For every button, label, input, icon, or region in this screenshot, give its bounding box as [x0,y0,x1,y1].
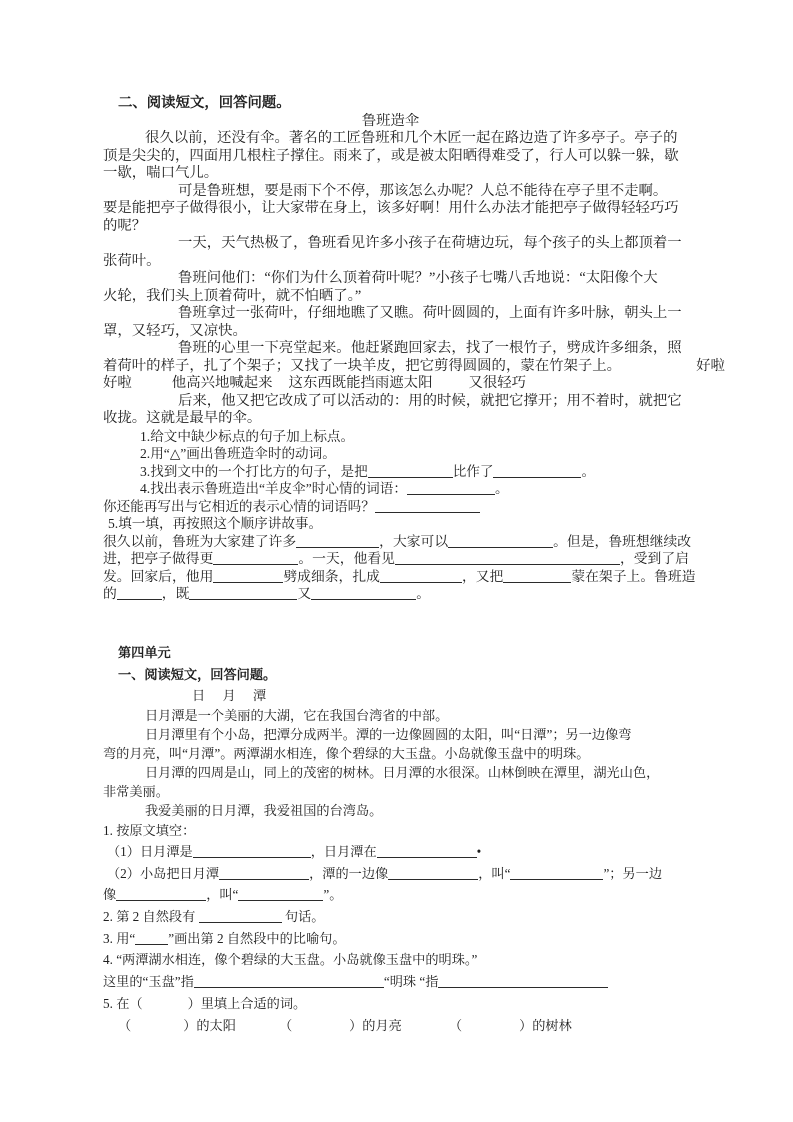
punctuation-gap [462,1029,519,1030]
answer-blank [377,845,477,858]
text-run: 鲁班问他们：“你们为什么顶着荷叶呢？”小孩子七嘴八舌地说：“太阳像个大 [178,270,658,286]
text-run: 1.给文中缺少标点的句子加上标点。 [140,429,354,444]
text-run: 张荷叶。 [103,253,161,269]
passage-line: 日月潭是一个美丽的大湖，它在我国台湾省的中部。 [103,706,703,725]
text-run: ）的树林 [519,1018,572,1033]
punctuation-gap [143,1007,188,1008]
text-run: （2）小岛把日月潭 [107,866,219,881]
text-run: 很久以前，还没有伞。著名的工匠鲁班和几个木匠一起在路边造了许多亭子。亭子的 [145,130,677,146]
text-run: 。 [581,464,595,479]
text-run: ”。 [323,887,342,902]
text-run: 又很轻巧 [468,375,526,391]
text-run: ”；另一边 [603,866,662,881]
text-run: 。一天，他看见 [298,551,395,566]
text-run: 。但是，鲁班想继续改 [553,534,691,549]
answer-blank [395,552,620,565]
passage-line: 可是鲁班想，要是雨下个不停，那该怎么办呢？人总不能待在亭子里不走啊。 [103,183,678,201]
text-run: ）的太阳 [183,1018,236,1033]
passage-line: 要是能把亭子做得很小，让大家带在身上，该多好啊！用什么办法才能把亭子做得轻轻巧巧 [103,200,678,218]
question-line: 2. 第 2 自然段有 句话。 [103,906,703,928]
answer-blank [493,464,581,477]
passage-line: 很久以前，还没有伞。著名的工匠鲁班和几个木匠一起在路边造了许多亭子。亭子的 [103,130,678,148]
passage-line: 一歇，喘口气儿。 [103,165,678,183]
section-unit4-sun-moon-lake: 第四单元一、阅读短文，回答问题。日 月 潭日月潭是一个美丽的大湖，它在我国台湾省… [103,642,703,1036]
question-line: 2.用“△”画出鲁班造伞时的动词。 [103,445,678,463]
text-run: 好啦 [103,375,132,391]
text-run: （ [449,1018,462,1033]
text-run: 鲁班的心里一下亮堂起来。他赶紧跑回家去，找了一根竹子，劈成许多细条，照 [178,340,682,356]
text-run: ，又把 [462,569,503,584]
passage-line: 的呢？ [103,218,678,236]
text-run: 弯的月亮，叫“月潭”。两潭湖水相连，像个碧绿的大玉盘。小岛就像玉盘中的明珠。 [103,746,589,761]
fill-blank-line: （1）日月潭是，日月潭在• [103,841,703,863]
punctuation-gap [402,1029,449,1030]
answer-blank [296,534,379,547]
text-run: 我爱美丽的日月潭，我爱祖国的台湾岛。 [145,803,382,818]
question-line: 5. 在（）里填上合适的词。 [103,993,703,1015]
punctuation-gap [132,386,172,387]
text-run: 可是鲁班想，要是雨下个不停，那该怎么办呢？人总不能待在亭子里不走啊。 [178,183,667,199]
text-run: 5.填一填，再按照这个顺序讲故事。 [108,516,322,531]
section-heading: 一、阅读短文，回答问题。 [103,664,703,686]
passage-line: 收拢。这就是最早的伞。 [103,410,678,428]
answer-blank [448,534,553,547]
question-line: 3. 用“”画出第 2 自然段中的比喻句。 [103,928,703,950]
text-run: 像 [103,887,116,902]
passage-line: 鲁班拿过一张荷叶，仔细地瞧了又瞧。荷叶圆圆的，上面有许多叶脉，朝头上一 [103,305,678,323]
answer-blank [219,867,309,880]
answer-blank [375,499,480,512]
fill-blank-line: 这里的“玉盘”指“明珠 “指 [103,971,703,993]
text-run: （1）日月潭是 [107,844,193,859]
text-run: 。 [495,481,509,496]
text-run: ）的月亮 [349,1018,402,1033]
text-run: 的 [103,586,117,601]
text-run: 2.用“△”画出鲁班造伞时的动词。 [140,446,336,461]
passage-line: 日月潭里有个小岛，把潭分成两半。潭的一边像圆圆的太阳，叫“日潭”；另一边像弯 [103,725,703,744]
passage-line: 我爱美丽的日月潭，我爱祖国的台湾岛。 [103,801,703,820]
text-run: 日月潭里有个小岛，把潭分成两半。潭的一边像圆圆的太阳，叫“日潭”；另一边像弯 [145,727,631,742]
fill-blank-line: （2）小岛把日月潭，潭的一边像，叫“”；另一边 [103,863,703,885]
answer-blank [388,867,478,880]
text-run: （ [118,1018,131,1033]
text-run: ，日月潭在 [311,844,377,859]
text-run: 收拢。这就是最早的伞。 [103,410,261,426]
text-run: 罩，又轻巧，又凉快。 [103,323,247,339]
text-run: 很久以前，鲁班为大家建了许多 [103,534,296,549]
passage-line: 顶是尖尖的，四面用几根柱子撑住。雨来了，或是被太阳晒得难受了，行人可以躲一躲，歇 [103,148,678,166]
text-run: ，既 [162,586,190,601]
passage-line: 着荷叶的样子，扎了个架子；又找了一块羊皮，把它剪得圆圆的，蒙在竹架子上。好啦 [103,358,678,376]
text-run: 这里的“玉盘”指 [103,974,194,989]
answer-blank [189,587,297,600]
text-run: ）里填上合适的词。 [188,996,307,1011]
text-run: 火轮，我们头上顶着荷叶，就不怕晒了。” [103,288,361,304]
answer-blank [368,464,453,477]
text-run: 5. 在（ [103,996,143,1011]
text-run: ，叫“ [478,866,510,881]
question-line: 5.填一填，再按照这个顺序讲故事。 [103,515,678,533]
text-run: 4. “两潭湖水相连，像个碧绿的大玉盘。小岛就像玉盘中的明珠。” [103,952,477,967]
answer-blank [503,569,571,582]
text-run: 一天，天气热极了，鲁班看见许多小孩子在荷塘边玩，每个孩子的头上都顶着一 [178,235,682,251]
answer-blank [213,569,283,582]
text-run: 鲁班造伞 [362,113,420,129]
fill-blank-line: 进，把亭子做得更。一天，他看见，受到了启 [103,550,678,568]
text-run: 着荷叶的样子，扎了个架子；又找了一块羊皮，把它剪得圆圆的，蒙在竹架子上。 [103,358,621,374]
passage-line: 鲁班问他们：“你们为什么顶着荷叶呢？”小孩子七嘴八舌地说：“太阳像个大 [103,270,678,288]
answer-blank [213,552,298,565]
question-line: 1.给文中缺少标点的句子加上标点。 [103,428,678,446]
text-run: ，叫“ [206,887,238,902]
text-run: 他高兴地喊起来 [172,375,273,391]
passage-line: 好啦他高兴地喊起来这东西既能挡雨遮太阳又很轻巧 [103,375,678,393]
passage-title: 日 月 潭 [103,686,703,706]
fill-blank-line: 像，叫“”。 [103,884,703,906]
answer-blank [193,845,311,858]
answer-blank [407,482,495,495]
answer-blank [135,932,168,945]
answer-blank [510,867,603,880]
fill-blank-line: 的，既又。 [103,585,678,603]
section-reading2-luban-umbrella: 二、阅读短文，回答问题。鲁班造伞很久以前，还没有伞。著名的工匠鲁班和几个木匠一起… [103,95,678,603]
text-run: 蒙在架子上。鲁班造 [571,569,695,584]
text-run: ”画出第 2 自然段中的比喻句。 [168,931,345,946]
passage-line: 后来，他又把它改成了可以活动的：用的时候，就把它撑开；用不着时，就把它 [103,393,678,411]
passage-line: 火轮，我们头上顶着荷叶，就不怕晒了。” [103,288,678,306]
unit-heading: 第四单元 [103,642,703,664]
punctuation-gap [236,1029,279,1030]
question-line: 4.找出表示鲁班造出“羊皮伞”时心情的词语：。 [103,480,678,498]
punctuation-gap [273,386,289,387]
passage-line: 鲁班的心里一下亮堂起来。他赶紧跑回家去，找了一根竹子，劈成许多细条，照 [103,340,678,358]
text-run: 好啦 [696,358,725,374]
text-run: 的呢？ [103,218,146,234]
fill-blank-line: 很久以前，鲁班为大家建了许多，大家可以。但是，鲁班想继续改 [103,533,678,551]
question-line: 你还能再写出与它相近的表示心情的词语吗？ [103,498,678,516]
question-line: 3.找到文中的一个打比方的句子，是把比作了。 [103,463,678,481]
passage-line: 张荷叶。 [103,253,678,271]
passage-line: 日月潭的四周是山，同上的茂密的树林。日月潭的水很深。山林倒映在潭里，湖光山色， [103,763,703,782]
text-run: ，潭的一边像 [309,866,388,881]
answer-blank [311,587,416,600]
text-run: 顶是尖尖的，四面用几根柱子撑住。雨来了，或是被太阳晒得难受了，行人可以躲一躲，歇 [103,148,679,164]
punctuation-gap [621,369,696,370]
text-run: 后来，他又把它改成了可以活动的：用的时候，就把它撑开；用不着时，就把它 [178,393,682,409]
text-run: 2. 第 2 自然段有 [103,909,199,924]
text-run: 1. 按原文填空： [103,823,195,838]
question-line: 1. 按原文填空： [103,820,703,841]
text-run: 一歇，喘口气儿。 [103,165,218,181]
text-run: ，大家可以 [379,534,448,549]
text-run: 进，把亭子做得更 [103,551,213,566]
text-run: 3. 用“ [103,931,135,946]
passage-line: 弯的月亮，叫“月潭”。两潭湖水相连，像个碧绿的大玉盘。小岛就像玉盘中的明珠。 [103,744,703,763]
text-run: ，受到了启 [620,551,689,566]
text-run: 劈成细条，扎成 [283,569,380,584]
passage-title: 鲁班造伞 [103,113,678,131]
answer-blank [438,975,608,988]
text-run: 非常美丽。 [103,784,169,799]
text-run: 又 [297,586,311,601]
document-page: 二、阅读短文，回答问题。鲁班造伞很久以前，还没有伞。著名的工匠鲁班和几个木匠一起… [0,0,793,1122]
text-run: 二、阅读短文，回答问题。 [118,95,291,111]
text-run: 你还能再写出与它相近的表示心情的词语吗？ [103,499,375,514]
text-run: 3.找到文中的一个打比方的句子，是把 [140,464,368,479]
text-run: 这东西既能挡雨遮太阳 [289,375,433,391]
punctuation-gap [131,1029,183,1030]
section-heading: 二、阅读短文，回答问题。 [103,95,678,113]
text-run: 。 [416,586,430,601]
text-run: （ [279,1018,292,1033]
text-run: 一、阅读短文，回答问题。 [118,667,276,682]
answer-blank [116,889,206,902]
passage-line: 非常美丽。 [103,782,703,801]
text-run: • [477,844,482,859]
passage-line: 一天，天气热极了，鲁班看见许多小孩子在荷塘边玩，每个孩子的头上都顶着一 [103,235,678,253]
answer-blank [194,975,384,988]
fill-blank-line: 发。回家后，他用劈成细条，扎成，又把蒙在架子上。鲁班造 [103,568,678,586]
text-run: 日月潭的四周是山，同上的茂密的树林。日月潭的水很深。山林倒映在潭里，湖光山色， [145,765,659,780]
fill-blank-line: （）的太阳（）的月亮（）的树林 [103,1015,703,1037]
text-run: 日月潭是一个美丽的大湖，它在我国台湾省的中部。 [145,708,448,723]
text-run: 比作了 [453,464,494,479]
answer-blank [238,889,323,902]
text-run: 第四单元 [118,645,171,660]
text-run: 4.找出表示鲁班造出“羊皮伞”时心情的词语： [140,481,407,496]
text-run: 句话。 [282,909,325,924]
punctuation-gap [432,386,468,387]
question-line: 4. “两潭湖水相连，像个碧绿的大玉盘。小岛就像玉盘中的明珠。” [103,949,703,971]
passage-line: 罩，又轻巧，又凉快。 [103,323,678,341]
text-run: “明珠 “指 [384,974,439,989]
text-run: 要是能把亭子做得很小，让大家带在身上，该多好啊！用什么办法才能把亭子做得轻轻巧巧 [103,200,679,216]
answer-blank [380,569,462,582]
text-run: 发。回家后，他用 [103,569,213,584]
text-run: 日 月 潭 [192,688,273,703]
punctuation-gap [292,1029,349,1030]
answer-blank [117,587,162,600]
answer-blank [199,910,282,923]
text-run: 鲁班拿过一张荷叶，仔细地瞧了又瞧。荷叶圆圆的，上面有许多叶脉，朝头上一 [178,305,682,321]
